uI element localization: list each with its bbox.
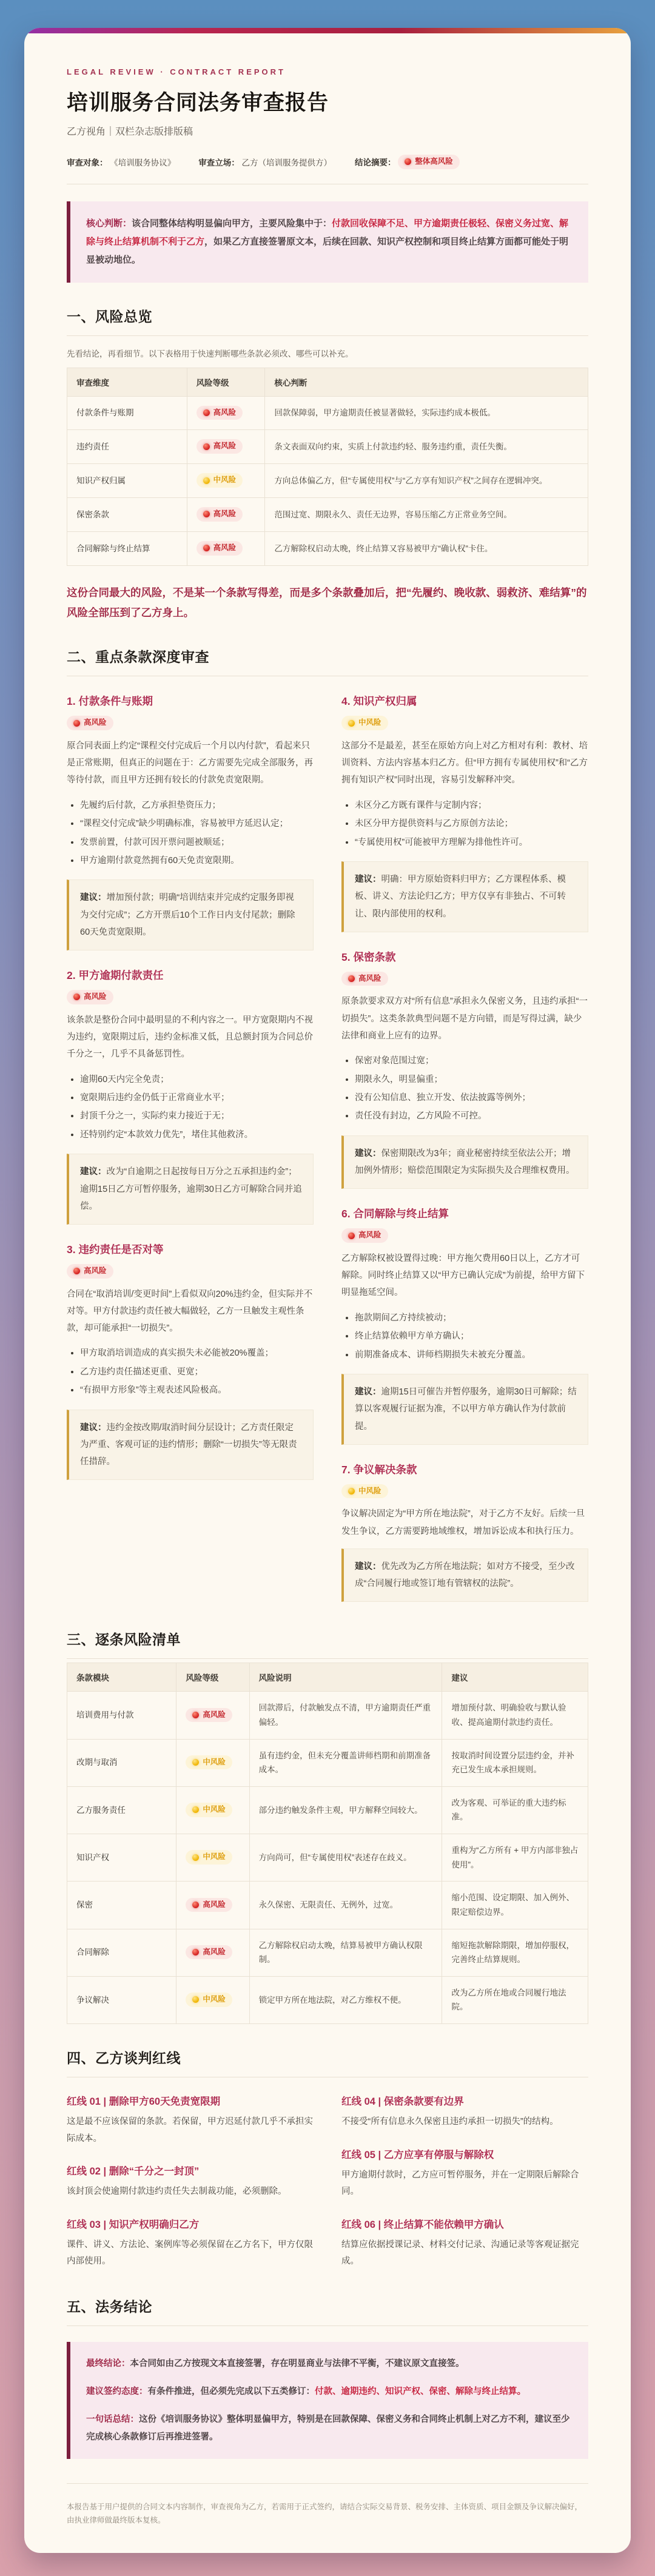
issue-item: 甲方逾期付款竟然拥有60天免责宽限期。	[80, 852, 314, 870]
issue-item: 未区分乙方既有课件与定制内容；	[355, 796, 588, 815]
risk-level-cell: 高风险	[187, 498, 265, 532]
issue-item: “有损甲方形象”等主观表述风险极高。	[80, 1381, 314, 1399]
risk-level-cell: 高风险	[187, 532, 265, 566]
advice-text: 改为“自逾期之日起按每日万分之五承担违约金”；逾期15日乙方可暂停服务，逾期30…	[80, 1167, 302, 1211]
risk-level-cell: 中风险	[176, 1739, 249, 1786]
issue-item: 期限永久，明显偏重；	[355, 1071, 588, 1089]
conclusion-lead: 最终结论：	[86, 2359, 130, 2369]
module-cell: 知识产权	[67, 1834, 176, 1882]
table-row: 争议解决中风险锁定甲方所在地法院，对乙方维权不便。改为乙方所在地或合同履行地法院…	[67, 1976, 588, 2023]
issue-item: 封顶千分之一，实际约束力接近于无；	[80, 1107, 314, 1125]
advice-box: 建议：优先改为乙方所在地法院；如对方不接受，至少改成“合同履行地或签订地有管辖权…	[341, 1549, 588, 1602]
risk-dot-icon	[203, 477, 210, 484]
risk-badge: 高风险	[67, 990, 113, 1004]
risk-level-label: 高风险	[213, 509, 237, 520]
module-cell: 争议解决	[67, 1976, 176, 2023]
risk-level-label: 高风险	[203, 1900, 226, 1911]
conclusion-paragraph: 一句话总结：这份《培训服务协议》整体明显偏甲方，特别是在回款保障、保密义务和合同…	[86, 2411, 573, 2446]
risk-badge: 高风险	[196, 439, 243, 454]
advice-label: 建议：	[355, 1387, 381, 1397]
judgment-cell: 回款保障弱，甲方逾期责任被显著做轻，实际违约成本极低。	[265, 396, 588, 430]
risk-badge: 高风险	[341, 1228, 388, 1243]
redline-columns: 红线 01 | 删除甲方60天免责宽限期这是最不应该保留的条款。若保留，甲方迟延…	[67, 2077, 588, 2273]
risk-badge: 中风险	[186, 1803, 232, 1817]
risk-level-label: 中风险	[358, 718, 381, 728]
table-row: 付款条件与账期高风险回款保障弱，甲方逾期责任被显著做轻，实际违约成本极低。	[67, 396, 588, 430]
highlight-text: 付款、逾期违约、知识产权、保密、解除与终止结算。	[315, 2387, 526, 2396]
risk-dot-icon	[203, 545, 210, 551]
clause-analysis: 这部分不是最差，甚至在原始方向上对乙方相对有利：教材、培训资料、方法内容基本归乙…	[341, 738, 588, 789]
risk-badge: 高风险	[196, 406, 243, 420]
table-row: 合同解除与终止结算高风险乙方解除权启动太晚，终止结算又容易被甲方“确认权”卡住。	[67, 532, 588, 566]
dimension-cell: 保密条款	[67, 498, 187, 532]
risk-dot-icon	[348, 975, 355, 982]
section3-heading: 三、逐条风险清单	[67, 1629, 588, 1659]
risk-badge-row: 高风险	[67, 716, 314, 730]
column-header: 建议	[442, 1663, 588, 1692]
module-cell: 合同解除	[67, 1929, 176, 1976]
redline-item: 红线 05 | 乙方应享有停服与解除权甲方逾期付款时，乙方应可暂停服务，并在一定…	[341, 2147, 588, 2201]
text-segment: 有条件推进，但必须先完成以下五类修订：	[148, 2387, 315, 2396]
section1-caption: 先看结论，再看细节。以下表格用于快速判断哪些条款必须改、哪些可以补充。	[67, 347, 588, 359]
risk-level-label: 中风险	[203, 1852, 226, 1863]
conclusion-paragraph: 建议签约态度：有条件推进，但必须先完成以下五类修订：付款、逾期违约、知识产权、保…	[86, 2383, 573, 2400]
judgment-cell: 乙方解除权启动太晚，终止结算又容易被甲方“确认权”卡住。	[265, 532, 588, 566]
clause-title: 4. 知识产权归属	[341, 693, 588, 708]
risk-dot-icon	[348, 720, 355, 727]
dimension-cell: 知识产权归属	[67, 464, 187, 498]
redline-left-column: 红线 01 | 删除甲方60天免责宽限期这是最不应该保留的条款。若保留，甲方迟延…	[67, 2077, 314, 2273]
conclusion-paragraph: 最终结论：本合同如由乙方按现文本直接签署，存在明显商业与法律不平衡，不建议原文直…	[86, 2355, 573, 2372]
module-cell: 培训费用与付款	[67, 1692, 176, 1739]
risk-checklist-table: 条款模块风险等级风险说明建议 培训费用与付款高风险回款滞后，付款触发点不清，甲方…	[67, 1663, 588, 2024]
advice-box: 建议：违约金按改期/取消时间分层设计；乙方责任限定为严重、客观可证的违约情形；删…	[67, 1410, 314, 1481]
judgment-cell: 范围过宽、期限永久、责任无边界，容易压缩乙方正常业务空间。	[265, 498, 588, 532]
risk-badge: 高风险	[67, 1264, 113, 1279]
column-header: 风险说明	[249, 1663, 442, 1692]
judgment-cell: 条文表面双向约束，实质上付款违约轻、服务违约重，责任失衡。	[265, 430, 588, 464]
clause-analysis: 原条款要求双方对“所有信息”承担永久保密义务，且违约承担“一切损失”。这类条款典…	[341, 993, 588, 1044]
risk-badge: 高风险	[67, 716, 113, 730]
report-content: LEGAL REVIEW · CONTRACT REPORT 培训服务合同法务审…	[24, 33, 631, 2553]
column-header: 核心判断	[265, 368, 588, 396]
risk-level-cell: 高风险	[176, 1882, 249, 1929]
risk-level-label: 高风险	[213, 543, 237, 554]
redline-body: 甲方逾期付款时，乙方应可暂停服务，并在一定期限后解除合同。	[341, 2167, 588, 2201]
core-judgment-label: 核心判断：	[86, 218, 132, 229]
meta-row: 审查对象： 《培训服务协议》 审查立场： 乙方（培训服务提供方） 结论摘要： 整…	[67, 155, 588, 184]
page-title: 培训服务合同法务审查报告	[67, 86, 588, 116]
risk-badge-row: 中风险	[341, 1484, 588, 1499]
issue-item: 责任没有封边，乙方风险不可控。	[355, 1107, 588, 1125]
advice-label: 建议：	[355, 1149, 381, 1159]
risk-badge: 高风险	[186, 1945, 232, 1960]
redline-body: 这是最不应该保留的条款。若保留，甲方迟延付款几乎不承担实际成本。	[67, 2114, 314, 2147]
issue-item: “专属使用权”可能被甲方理解为排他性许可。	[355, 833, 588, 852]
risk-level-label: 高风险	[84, 718, 107, 728]
section4-heading: 四、乙方谈判红线	[67, 2047, 588, 2077]
table-row: 改期与取消中风险虽有违约金，但未充分覆盖讲师档期和前期准备成本。按取消时间设置分…	[67, 1739, 588, 1786]
section2-heading: 二、重点条款深度审查	[67, 646, 588, 676]
table-header-row: 条款模块风险等级风险说明建议	[67, 1663, 588, 1692]
issue-list: 逾期60天内完全免责；宽限期后违约金仍低于正常商业水平；封顶千分之一，实际约束力…	[67, 1071, 314, 1145]
review-item: 1. 付款条件与账期高风险原合同表面上约定“课程交付完成后一个月以内付款”，看起…	[67, 693, 314, 950]
advice-cell: 重构为“乙方所有 + 甲方内部非独占使用”。	[442, 1834, 588, 1882]
review-item: 6. 合同解除与终止结算高风险乙方解除权被设置得过晚：甲方拖欠费用60日以上，乙…	[341, 1206, 588, 1444]
advice-box: 建议：保密期限改为3年；商业秘密持续至依法公开；增加例外情形；赔偿范围限定为实际…	[341, 1135, 588, 1189]
advice-box: 建议：增加预付款；明确“培训结束并完成约定服务即视为交付完成”；乙方开票后10个…	[67, 879, 314, 950]
risk-level-label: 整体高风险	[415, 156, 453, 167]
risk-desc-cell: 锁定甲方所在地法院，对乙方维权不便。	[249, 1976, 442, 2023]
table-row: 保密高风险永久保密、无限责任、无例外，过宽。缩小范围、设定期限、加入例外、限定赔…	[67, 1882, 588, 1929]
redline-title: 红线 05 | 乙方应享有停服与解除权	[341, 2147, 588, 2161]
redline-title: 红线 03 | 知识产权明确归乙方	[67, 2216, 314, 2231]
meta-value: 《培训服务协议》	[110, 158, 175, 167]
report-card: LEGAL REVIEW · CONTRACT REPORT 培训服务合同法务审…	[24, 28, 631, 2553]
column-header: 条款模块	[67, 1663, 176, 1692]
advice-cell: 按取消时间设置分层违约金，并补充已发生成本承担规则。	[442, 1739, 588, 1786]
text-segment: 该合同整体结构明显偏向甲方，主要风险集中于：	[132, 218, 332, 229]
risk-badge: 高风险	[196, 507, 243, 522]
issue-item: 发票前置，付款可因开票问题被顺延；	[80, 833, 314, 852]
issue-item: “课程交付完成”缺少明确标准，容易被甲方延迟认定；	[80, 815, 314, 833]
meta-label: 审查立场：	[198, 158, 240, 167]
issue-item: 宽限期后违约金仍低于正常商业水平；	[80, 1089, 314, 1107]
column-header: 审查维度	[67, 368, 187, 396]
redline-title: 红线 06 | 终止结算不能依赖甲方确认	[341, 2216, 588, 2231]
table-row: 培训费用与付款高风险回款滞后，付款触发点不清，甲方逾期责任严重偏轻。增加预付款、…	[67, 1692, 588, 1739]
redline-title: 红线 01 | 删除甲方60天免责宽限期	[67, 2093, 314, 2108]
risk-badge: 中风险	[196, 473, 243, 488]
clause-analysis: 争议解决固定为“甲方所在地法院”，对于乙方不友好。后续一旦发生争议，乙方需要跨地…	[341, 1505, 588, 1540]
meta-label: 结论摘要：	[355, 158, 396, 167]
review-item: 4. 知识产权归属中风险这部分不是最差，甚至在原始方向上对乙方相对有利：教材、培…	[341, 693, 588, 932]
risk-level-cell: 中风险	[187, 464, 265, 498]
risk-level-cell: 高风险	[176, 1929, 249, 1976]
meta-summary: 结论摘要： 整体高风险	[355, 155, 460, 169]
clause-analysis: 乙方解除权被设置得过晚：甲方拖欠费用60日以上，乙方才可解除。同时终止结算又以“…	[341, 1250, 588, 1302]
overall-risk-badge: 整体高风险	[398, 155, 460, 169]
advice-text: 违约金按改期/取消时间分层设计；乙方责任限定为严重、客观可证的违约情形；删除“一…	[80, 1423, 297, 1467]
advice-box: 建议：明确：甲方原始资料归甲方；乙方课程体系、模板、讲义、方法论归乙方；甲方仅享…	[341, 861, 588, 932]
clause-title: 2. 甲方逾期付款责任	[67, 967, 314, 983]
issue-item: 前期准备成本、讲师档期损失未被充分覆盖。	[355, 1346, 588, 1364]
risk-badge: 中风险	[341, 716, 388, 730]
risk-level-label: 中风险	[358, 1486, 381, 1497]
clause-title: 6. 合同解除与终止结算	[341, 1206, 588, 1221]
legal-conclusion-box: 最终结论：本合同如由乙方按现文本直接签署，存在明显商业与法律不平衡，不建议原文直…	[67, 2342, 588, 2459]
dimension-cell: 合同解除与终止结算	[67, 532, 187, 566]
meta-review-object: 审查对象： 《培训服务协议》	[67, 156, 175, 168]
risk-badge: 高风险	[341, 972, 388, 986]
risk-level-cell: 高风险	[187, 396, 265, 430]
advice-cell: 缩小范围、设定期限、加入例外、限定赔偿边界。	[442, 1882, 588, 1929]
issue-item: 终止结算依赖甲方单方确认；	[355, 1327, 588, 1345]
table-row: 保密条款高风险范围过宽、期限永久、责任无边界，容易压缩乙方正常业务空间。	[67, 498, 588, 532]
risk-dot-icon	[405, 158, 411, 165]
risk-overview-table: 审查维度风险等级核心判断 付款条件与账期高风险回款保障弱，甲方逾期责任被显著做轻…	[67, 368, 588, 566]
meta-label: 审查对象：	[67, 158, 108, 167]
issue-list: 甲方取消培训造成的真实损失未必能被20%覆盖；乙方违约责任描述更重、更宽；“有损…	[67, 1344, 314, 1399]
risk-dot-icon	[203, 443, 210, 450]
issue-list: 拖款期间乙方持续被动；终止结算依赖甲方单方确认；前期准备成本、讲师档期损失未被充…	[341, 1309, 588, 1364]
table-row: 知识产权中风险方向尚可，但“专属使用权”表述存在歧义。重构为“乙方所有 + 甲方…	[67, 1834, 588, 1882]
risk-dot-icon	[192, 1949, 199, 1956]
meta-review-stance: 审查立场： 乙方（培训服务提供方）	[198, 156, 332, 168]
issue-list: 保密对象范围过宽；期限永久，明显偏重；没有公知信息、独立开发、依法披露等例外；责…	[341, 1052, 588, 1126]
issue-list: 未区分乙方既有课件与定制内容；未区分甲方提供资料与乙方原创方法论；“专属使用权”…	[341, 796, 588, 852]
risk-dot-icon	[192, 1902, 199, 1908]
clause-analysis: 该条款是整份合同中最明显的不利内容之一。甲方宽限期内不视为违约，宽限期过后，违约…	[67, 1012, 314, 1063]
risk-desc-cell: 虽有违约金，但未充分覆盖讲师档期和前期准备成本。	[249, 1739, 442, 1786]
core-judgment-text: 核心判断：该合同整体结构明显偏向甲方，主要风险集中于：付款回收保障不足、甲方逾期…	[86, 215, 573, 269]
issue-list: 先履约后付款，乙方承担垫资压力；“课程交付完成”缺少明确标准，容易被甲方延迟认定…	[67, 796, 314, 870]
issue-item: 乙方违约责任描述更重、更宽；	[80, 1363, 314, 1381]
risk-badge-row: 中风险	[341, 716, 588, 730]
deep-review-right-column: 4. 知识产权归属中风险这部分不是最差，甚至在原始方向上对乙方相对有利：教材、培…	[341, 676, 588, 1606]
advice-text: 增加预付款；明确“培训结束并完成约定服务即视为交付完成”；乙方开票后10个工作日…	[80, 893, 295, 937]
risk-badge: 中风险	[186, 1850, 232, 1865]
eyebrow: LEGAL REVIEW · CONTRACT REPORT	[67, 67, 588, 76]
advice-label: 建议：	[80, 1167, 107, 1177]
issue-item: 拖款期间乙方持续被动；	[355, 1309, 588, 1327]
risk-level-label: 高风险	[203, 1710, 226, 1721]
issue-item: 还特别约定“本款效力优先”，堵住其他救济。	[80, 1126, 314, 1144]
advice-cell: 改为客观、可举证的重大违约标准。	[442, 1786, 588, 1834]
risk-desc-cell: 部分违约触发条件主观，甲方解释空间较大。	[249, 1786, 442, 1834]
clause-title: 7. 争议解决条款	[341, 1462, 588, 1477]
module-cell: 保密	[67, 1882, 176, 1929]
risk-dot-icon	[203, 409, 210, 416]
redline-right-column: 红线 04 | 保密条款要有边界不接受“所有信息永久保密且违约承担一切损失”的结…	[341, 2077, 588, 2273]
core-judgment-box: 核心判断：该合同整体结构明显偏向甲方，主要风险集中于：付款回收保障不足、甲方逾期…	[67, 201, 588, 283]
dimension-cell: 违约责任	[67, 430, 187, 464]
redline-item: 红线 06 | 终止结算不能依赖甲方确认结算应依据授课记录、材料交付记录、沟通记…	[341, 2216, 588, 2270]
clause-title: 5. 保密条款	[341, 949, 588, 964]
issue-item: 保密对象范围过宽；	[355, 1052, 588, 1070]
advice-text: 优先改为乙方所在地法院；如对方不接受，至少改成“合同履行地或签订地有管辖权的法院…	[355, 1562, 575, 1589]
top-gradient-bar	[24, 28, 631, 33]
column-header: 风险等级	[176, 1663, 249, 1692]
risk-badge-row: 高风险	[67, 990, 314, 1004]
footer-note: 本报告基于用户提供的合同文本内容制作，审查视角为乙方，若需用于正式签约，请结合实…	[67, 2483, 588, 2527]
judgment-cell: 方向总体偏乙方，但“专属使用权”与“乙方享有知识产权”之间存在逻辑冲突。	[265, 464, 588, 498]
issue-item: 逾期60天内完全免责；	[80, 1071, 314, 1089]
advice-box: 建议：逾期15日可催告并暂停服务，逾期30日可解除；结算以客观履行证据为准，不以…	[341, 1374, 588, 1445]
advice-label: 建议：	[80, 1423, 107, 1433]
risk-dot-icon	[192, 1996, 199, 2003]
table-row: 乙方服务责任中风险部分违约触发条件主观，甲方解释空间较大。改为客观、可举证的重大…	[67, 1786, 588, 1834]
risk-dot-icon	[73, 994, 80, 1000]
redline-item: 红线 04 | 保密条款要有边界不接受“所有信息永久保密且违约承担一切损失”的结…	[341, 2093, 588, 2131]
advice-text: 逾期15日可催告并暂停服务，逾期30日可解除；结算以客观履行证据为准，不以甲方单…	[355, 1387, 577, 1431]
issue-item: 甲方取消培训造成的真实损失未必能被20%覆盖；	[80, 1344, 314, 1362]
deep-review-columns: 1. 付款条件与账期高风险原合同表面上约定“课程交付完成后一个月以内付款”，看起…	[67, 676, 588, 1606]
risk-badge: 中风险	[341, 1484, 388, 1499]
risk-dot-icon	[192, 1806, 199, 1813]
deep-review-left-column: 1. 付款条件与账期高风险原合同表面上约定“课程交付完成后一个月以内付款”，看起…	[67, 676, 314, 1484]
risk-badge: 中风险	[186, 1993, 232, 2007]
review-item: 3. 违约责任是否对等高风险合同在“取消培训/变更时间”上看似双向20%违约金，…	[67, 1242, 314, 1480]
meta-value: 乙方（培训服务提供方）	[242, 158, 332, 167]
clause-title: 1. 付款条件与账期	[67, 693, 314, 708]
advice-label: 建议：	[355, 875, 381, 884]
column-header: 风险等级	[187, 368, 265, 396]
risk-dot-icon	[192, 1712, 199, 1718]
risk-dot-icon	[73, 720, 80, 727]
risk-dot-icon	[203, 511, 210, 517]
redline-item: 红线 01 | 删除甲方60天免责宽限期这是最不应该保留的条款。若保留，甲方迟延…	[67, 2093, 314, 2147]
redline-body: 课件、讲义、方法论、案例库等必须保留在乙方名下，甲方仅限内部使用。	[67, 2237, 314, 2270]
redline-body: 该封顶会使逾期付款违约责任失去制裁功能，必须删除。	[67, 2184, 314, 2201]
issue-item: 未区分甲方提供资料与乙方原创方法论；	[355, 815, 588, 833]
section5-heading: 五、法务结论	[67, 2296, 588, 2326]
risk-dot-icon	[348, 1488, 355, 1495]
risk-level-cell: 中风险	[176, 1834, 249, 1882]
risk-badge: 高风险	[186, 1708, 232, 1723]
clause-title: 3. 违约责任是否对等	[67, 1242, 314, 1257]
advice-cell: 改为乙方所在地或合同履行地法院。	[442, 1976, 588, 2023]
risk-level-cell: 高风险	[176, 1692, 249, 1739]
risk-badge-row: 高风险	[341, 1228, 588, 1243]
risk-level-label: 中风险	[203, 1994, 226, 2005]
table-header-row: 审查维度风险等级核心判断	[67, 368, 588, 396]
page-subtitle: 乙方视角｜双栏杂志版排版稿	[67, 124, 588, 138]
review-item: 2. 甲方逾期付款责任高风险该条款是整份合同中最明显的不利内容之一。甲方宽限期内…	[67, 967, 314, 1225]
redline-title: 红线 02 | 删除“千分之一封顶”	[67, 2163, 314, 2177]
risk-desc-cell: 回款滞后，付款触发点不清，甲方逾期责任严重偏轻。	[249, 1692, 442, 1739]
risk-level-cell: 高风险	[187, 430, 265, 464]
advice-cell: 缩短拖款解除期限，增加停服权，完善终止结算规则。	[442, 1929, 588, 1976]
risk-desc-cell: 永久保密、无限责任、无例外，过宽。	[249, 1882, 442, 1929]
pull-quote: 这份合同最大的风险，不是某一个条款写得差，而是多个条款叠加后，把“先履约、晚收款…	[67, 583, 588, 624]
issue-item: 没有公知信息、独立开发、依法披露等例外；	[355, 1089, 588, 1107]
clause-analysis: 原合同表面上约定“课程交付完成后一个月以内付款”，看起来只是正常账期，但真正的问…	[67, 738, 314, 789]
advice-label: 建议：	[355, 1562, 381, 1572]
risk-badge: 高风险	[186, 1898, 232, 1912]
text-segment: 本合同如由乙方按现文本直接签署，存在明显商业与法律不平衡，不建议原文直接签。	[130, 2359, 465, 2369]
dimension-cell: 付款条件与账期	[67, 396, 187, 430]
text-segment: 这份《培训服务协议》整体明显偏甲方，特别是在回款保障、保密义务和合同终止机制上对…	[86, 2415, 570, 2441]
advice-text: 明确：甲方原始资料归甲方；乙方课程体系、模板、讲义、方法论归乙方；甲方仅享有非独…	[355, 875, 566, 919]
conclusion-lead: 建议签约态度：	[86, 2387, 148, 2396]
risk-level-label: 高风险	[203, 1947, 226, 1958]
redline-body: 结算应依据授课记录、材料交付记录、沟通记录等客观证据完成。	[341, 2237, 588, 2270]
advice-text: 保密期限改为3年；商业秘密持续至依法公开；增加例外情形；赔偿范围限定为实际损失及…	[355, 1149, 575, 1175]
redline-title: 红线 04 | 保密条款要有边界	[341, 2093, 588, 2108]
redline-item: 红线 02 | 删除“千分之一封顶”该封顶会使逾期付款违约责任失去制裁功能，必须…	[67, 2163, 314, 2201]
clause-analysis: 合同在“取消培训/变更时间”上看似双向20%违约金，但实际并不对等。甲方付款违约…	[67, 1286, 314, 1337]
table-row: 知识产权归属中风险方向总体偏乙方，但“专属使用权”与“乙方享有知识产权”之间存在…	[67, 464, 588, 498]
risk-badge-row: 高风险	[67, 1264, 314, 1279]
risk-level-label: 高风险	[358, 1230, 381, 1241]
risk-level-label: 中风险	[203, 1804, 226, 1815]
risk-badge-row: 高风险	[341, 972, 588, 986]
risk-level-cell: 中风险	[176, 1786, 249, 1834]
risk-level-label: 高风险	[358, 974, 381, 984]
risk-level-cell: 中风险	[176, 1976, 249, 2023]
risk-dot-icon	[73, 1268, 80, 1274]
risk-level-label: 高风险	[84, 1266, 107, 1277]
risk-desc-cell: 乙方解除权启动太晚，结算易被甲方确认权限制。	[249, 1929, 442, 1976]
risk-desc-cell: 方向尚可，但“专属使用权”表述存在歧义。	[249, 1834, 442, 1882]
risk-badge: 高风险	[196, 541, 243, 556]
advice-box: 建议：改为“自逾期之日起按每日万分之五承担违约金”；逾期15日乙方可暂停服务，逾…	[67, 1154, 314, 1225]
risk-level-label: 高风险	[84, 992, 107, 1003]
table-row: 违约责任高风险条文表面双向约束，实质上付款违约轻、服务违约重，责任失衡。	[67, 430, 588, 464]
issue-item: 先履约后付款，乙方承担垫资压力；	[80, 796, 314, 815]
risk-level-label: 高风险	[213, 408, 237, 419]
section1-heading: 一、风险总览	[67, 306, 588, 336]
risk-level-label: 中风险	[213, 475, 237, 486]
risk-badge: 中风险	[186, 1755, 232, 1770]
advice-cell: 增加预付款、明确验收与默认验收、提高逾期付款违约责任。	[442, 1692, 588, 1739]
risk-level-label: 高风险	[213, 441, 237, 452]
redline-body: 不接受“所有信息永久保密且违约承担一切损失”的结构。	[341, 2114, 588, 2131]
risk-dot-icon	[348, 1233, 355, 1239]
advice-label: 建议：	[80, 893, 107, 903]
table-row: 合同解除高风险乙方解除权启动太晚，结算易被甲方确认权限制。缩短拖款解除期限，增加…	[67, 1929, 588, 1976]
risk-dot-icon	[192, 1854, 199, 1861]
module-cell: 乙方服务责任	[67, 1786, 176, 1834]
conclusion-lead: 一句话总结：	[86, 2415, 139, 2424]
risk-level-label: 中风险	[203, 1757, 226, 1768]
risk-dot-icon	[192, 1759, 199, 1766]
review-item: 7. 争议解决条款中风险争议解决固定为“甲方所在地法院”，对于乙方不友好。后续一…	[341, 1462, 588, 1602]
review-item: 5. 保密条款高风险原条款要求双方对“所有信息”承担永久保密义务，且违约承担“一…	[341, 949, 588, 1189]
module-cell: 改期与取消	[67, 1739, 176, 1786]
redline-item: 红线 03 | 知识产权明确归乙方课件、讲义、方法论、案例库等必须保留在乙方名下…	[67, 2216, 314, 2270]
